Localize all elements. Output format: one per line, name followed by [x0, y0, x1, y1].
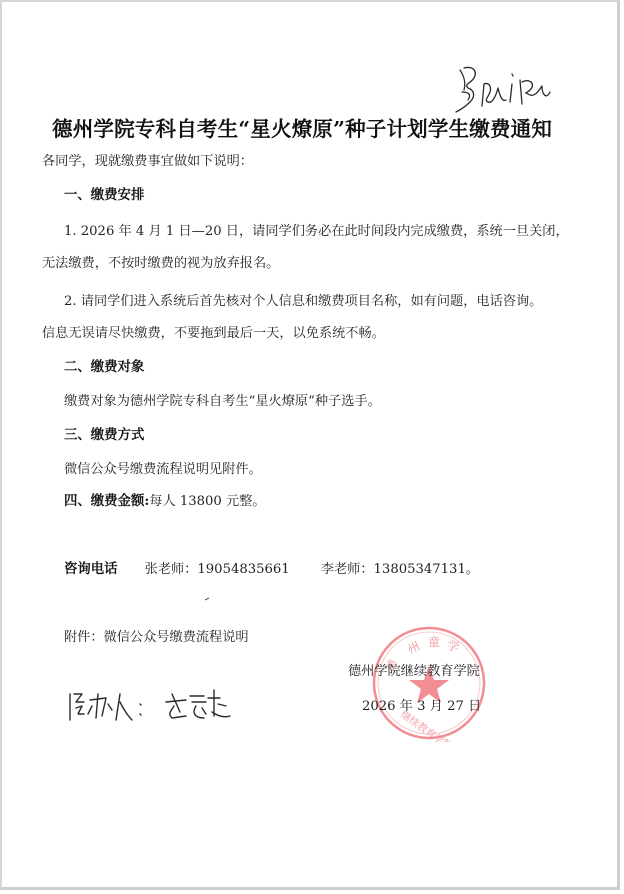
- attachment-note: 附件：微信公众号缴费流程说明: [64, 626, 249, 645]
- greeting: 各同学，现就缴费事宜做如下说明：: [42, 150, 253, 169]
- issue-date: 2026 年 3 月 27 日: [362, 695, 481, 714]
- section-heading-target: 二、缴费对象: [64, 356, 144, 375]
- handwritten-handler-signature: [62, 672, 262, 732]
- document-page: 德州学院专科自考生“星火燎原”种子计划学生缴费通知 各同学，现就缴费事宜做如下说…: [0, 0, 620, 890]
- amount-text: 每人 13800 元整。: [149, 494, 265, 509]
- issuer-name: 德州学院继续教育学院: [348, 660, 480, 679]
- contact-zhang-phone: 19054835661: [197, 562, 289, 577]
- svg-text:童: 童: [428, 634, 440, 649]
- arrangement-item-2-line-1: 2. 请同学们进入系统后首先核对个人信息和缴费项目名称，如有问题，电话咨询。: [64, 290, 542, 309]
- svg-text:州: 州: [405, 639, 422, 657]
- target-text: 缴费对象为德州学院专科自考生“星火燎原”种子选手。: [64, 390, 381, 409]
- contact-line: 咨询电话 张老师：19054835661 李老师：13805347131。: [64, 558, 479, 577]
- arrangement-item-1-line-1: 1. 2026 年 4 月 1 日—20 日，请同学们务必在此时间段内完成缴费，…: [64, 220, 569, 239]
- svg-text:学: 学: [445, 638, 461, 655]
- section-heading-method: 三、缴费方式: [64, 424, 144, 443]
- official-seal-stamp: 州 童 学 德 继续教育学院: [370, 624, 488, 742]
- section-heading-amount: 四、缴费金额:: [64, 493, 149, 509]
- contact-label: 咨询电话: [64, 561, 118, 577]
- contact-zhang-name: 张老师：: [145, 562, 198, 577]
- arrangement-item-1-line-2: 无法缴费，不按时缴费的视为放弃报名。: [42, 252, 279, 271]
- contact-li-name: 李老师：: [321, 562, 374, 577]
- stray-ink-mark: [204, 597, 210, 601]
- handwritten-signature-top: [450, 62, 560, 117]
- arrangement-item-2-line-2: 信息无误请尽快缴费，不要拖到最后一天，以免系统不畅。: [42, 322, 385, 341]
- section-heading-arrangement: 一、缴费安排: [64, 184, 144, 203]
- contact-li-phone: 13805347131。: [374, 562, 479, 577]
- method-text: 微信公众号缴费流程说明见附件。: [64, 458, 262, 477]
- amount-line: 四、缴费金额:每人 13800 元整。: [64, 490, 266, 509]
- document-title: 德州学院专科自考生“星火燎原”种子计划学生缴费通知: [52, 112, 552, 142]
